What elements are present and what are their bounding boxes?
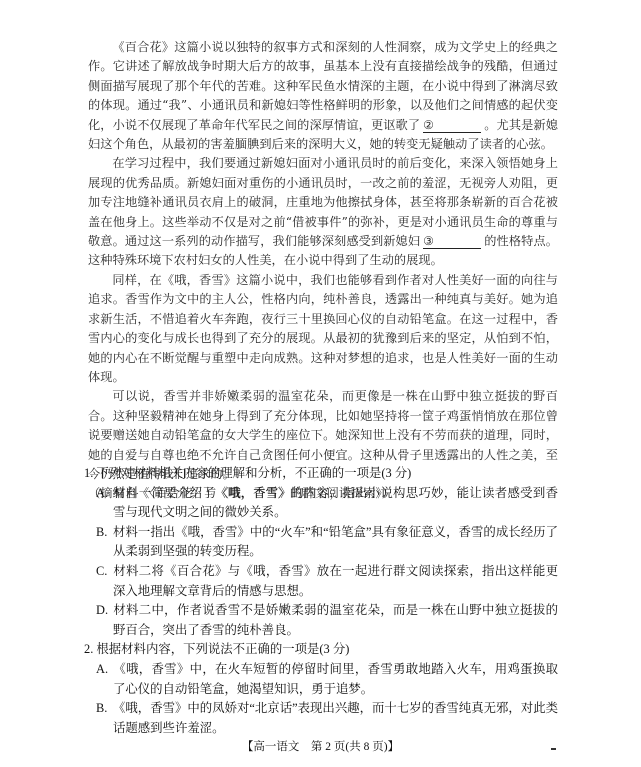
passage-paragraph-1: 《百合花》这篇小说以独特的叙事方式和深刻的人性洞察，成为文学史上的经典之作。它讲… [88, 38, 558, 154]
option-text: 材料二将《百合花》与《哦，香雪》放在一起进行群文阅读探索，指出这样能更深入地理解… [113, 564, 558, 598]
option-text: 《哦，香雪》中，在火车短暂的停留时间里，香雪勇敢地踏入火车，用鸡蛋换取了心仪的自… [113, 662, 558, 696]
option-letter: A. [96, 660, 113, 680]
exam-page: 《百合花》这篇小说以独特的叙事方式和深刻的人性洞察，成为文学史上的经典之作。它讲… [0, 0, 641, 767]
option-text: 材料一指出《哦，香雪》中的“火车”和“铅笔盒”具有象征意义，香雪的成长经历了从柔… [113, 525, 558, 559]
question-2: 2. 根据材料内容，下列说法不正确的一项是(3 分) A.《哦，香雪》中，在火车… [84, 640, 558, 738]
question-stem: 1. 下列对材料相关内容的理解和分析，不正确的一项是(3 分) [84, 464, 558, 484]
passage-paragraph-2: 在学习过程中，我们要通过新媳妇面对小通讯员时的前后变化，来深入领悟她身上展现的优… [88, 154, 558, 270]
option-a: A.材料一简要介绍了《哦，香雪》的内容，指出小说构思巧妙，能让读者感受到香雪与现… [96, 484, 558, 523]
option-text: 材料二中，作者说香雪不是娇嫩柔弱的温室花朵，而是一株在山野中独立挺拔的野百合，突… [113, 603, 558, 637]
option-d: D.材料二中，作者说香雪不是娇嫩柔弱的温室花朵，而是一株在山野中独立挺拔的野百合… [96, 601, 558, 640]
page-footer: 【高一语文 第 2 页(共 8 页)】 [0, 738, 641, 754]
option-letter: C. [96, 562, 113, 582]
option-a: A.《哦，香雪》中，在火车短暂的停留时间里，香雪勇敢地踏入火车，用鸡蛋换取了心仪… [96, 660, 558, 699]
fill-blank-3: ③ [423, 234, 481, 249]
question-1: 1. 下列对材料相关内容的理解和分析，不正确的一项是(3 分) A.材料一简要介… [84, 464, 558, 640]
option-text: 《哦，香雪》中的凤娇对“北京话”表现出兴趣，而十七岁的香雪纯真无邪，对此类话题感… [113, 701, 558, 735]
question-stem: 2. 根据材料内容，下列说法不正确的一项是(3 分) [84, 640, 558, 660]
scan-mark [551, 748, 556, 750]
option-b: B.《哦，香雪》中的凤娇对“北京话”表现出兴趣，而十七岁的香雪纯真无邪，对此类话… [96, 699, 558, 738]
option-b: B.材料一指出《哦，香雪》中的“火车”和“铅笔盒”具有象征意义，香雪的成长经历了… [96, 523, 558, 562]
fill-blank-2: ② [423, 118, 481, 133]
reading-passage: 《百合花》这篇小说以独特的叙事方式和深刻的人性洞察，成为文学史上的经典之作。它讲… [88, 38, 558, 504]
option-text: 材料一简要介绍了《哦，香雪》的内容，指出小说构思巧妙，能让读者感受到香雪与现代文… [113, 486, 558, 520]
option-letter: B. [96, 699, 113, 719]
option-letter: A. [96, 484, 113, 504]
questions-section: 1. 下列对材料相关内容的理解和分析，不正确的一项是(3 分) A.材料一简要介… [84, 464, 558, 738]
option-letter: B. [96, 523, 113, 543]
option-c: C.材料二将《百合花》与《哦，香雪》放在一起进行群文阅读探索，指出这样能更深入地… [96, 562, 558, 601]
passage-paragraph-3: 同样，在《哦，香雪》这篇小说中，我们也能够看到作者对人性美好一面的向往与追求。香… [88, 271, 558, 387]
option-letter: D. [96, 601, 113, 621]
